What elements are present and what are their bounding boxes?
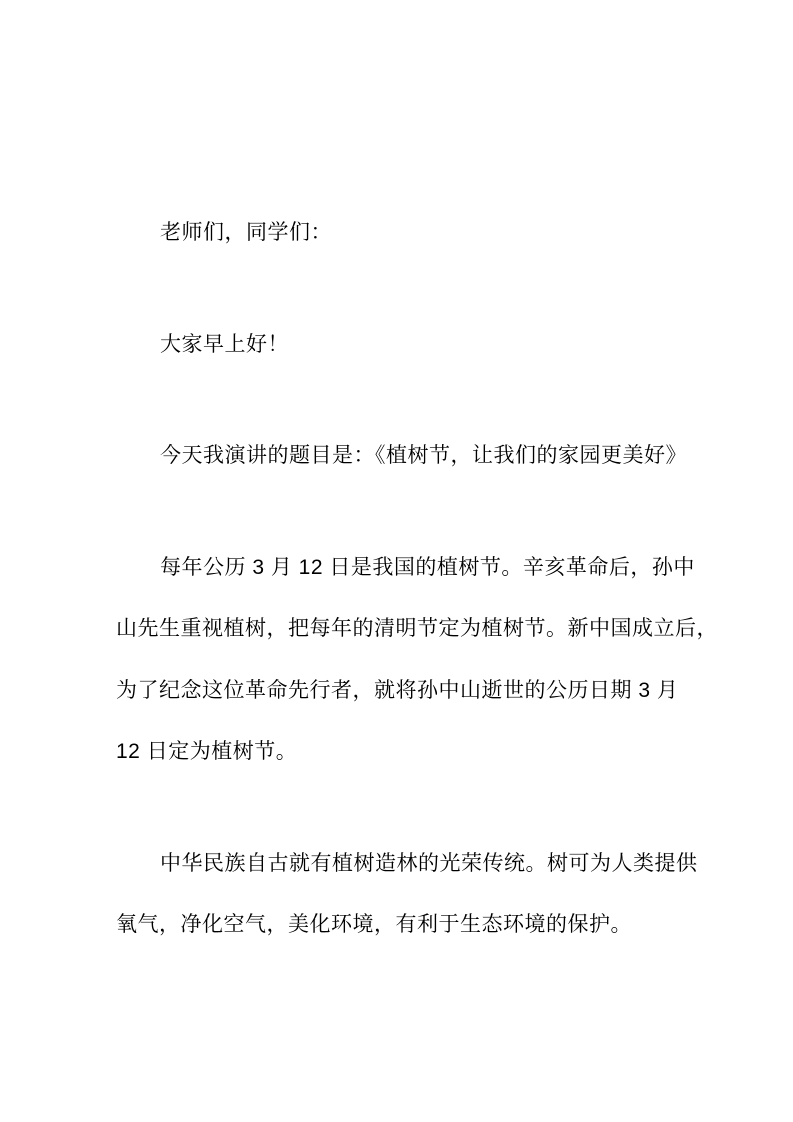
paragraph-topic: 今天我演讲的题目是：《植树节，让我们的家园更美好》 xyxy=(116,425,681,487)
paragraph-history: 每年公历 3 月 12 日是我国的植树节。辛亥革命后，孙中 山先生重视植树，把每… xyxy=(116,537,681,783)
text-line: 中华民族自古就有植树造林的光荣传统。树可为人类提供 xyxy=(116,833,681,895)
text-line: 山先生重视植树，把每年的清明节定为植树节。新中国成立后， xyxy=(116,598,681,660)
text-line: 12 日定为植树节。 xyxy=(116,721,681,783)
text-line: 每年公历 3 月 12 日是我国的植树节。辛亥革命后，孙中 xyxy=(116,537,681,599)
paragraph-salutation: 老师们，同学们： xyxy=(116,202,681,264)
paragraph-tradition: 中华民族自古就有植树造林的光荣传统。树可为人类提供 氧气，净化空气，美化环境，有… xyxy=(116,833,681,956)
document-page: 老师们，同学们： 大家早上好！ 今天我演讲的题目是：《植树节，让我们的家园更美好… xyxy=(0,0,793,1122)
text-line: 为了纪念这位革命先行者，就将孙中山逝世的公历日期 3 月 xyxy=(116,660,681,722)
document-content: 老师们，同学们： 大家早上好！ 今天我演讲的题目是：《植树节，让我们的家园更美好… xyxy=(0,0,793,956)
text-line: 氧气，净化空气，美化环境，有利于生态环境的保护。 xyxy=(116,894,681,956)
paragraph-greeting: 大家早上好！ xyxy=(116,314,681,376)
text-line: 大家早上好！ xyxy=(116,314,681,376)
text-line: 老师们，同学们： xyxy=(116,202,681,264)
text-line: 今天我演讲的题目是：《植树节，让我们的家园更美好》 xyxy=(116,425,681,487)
